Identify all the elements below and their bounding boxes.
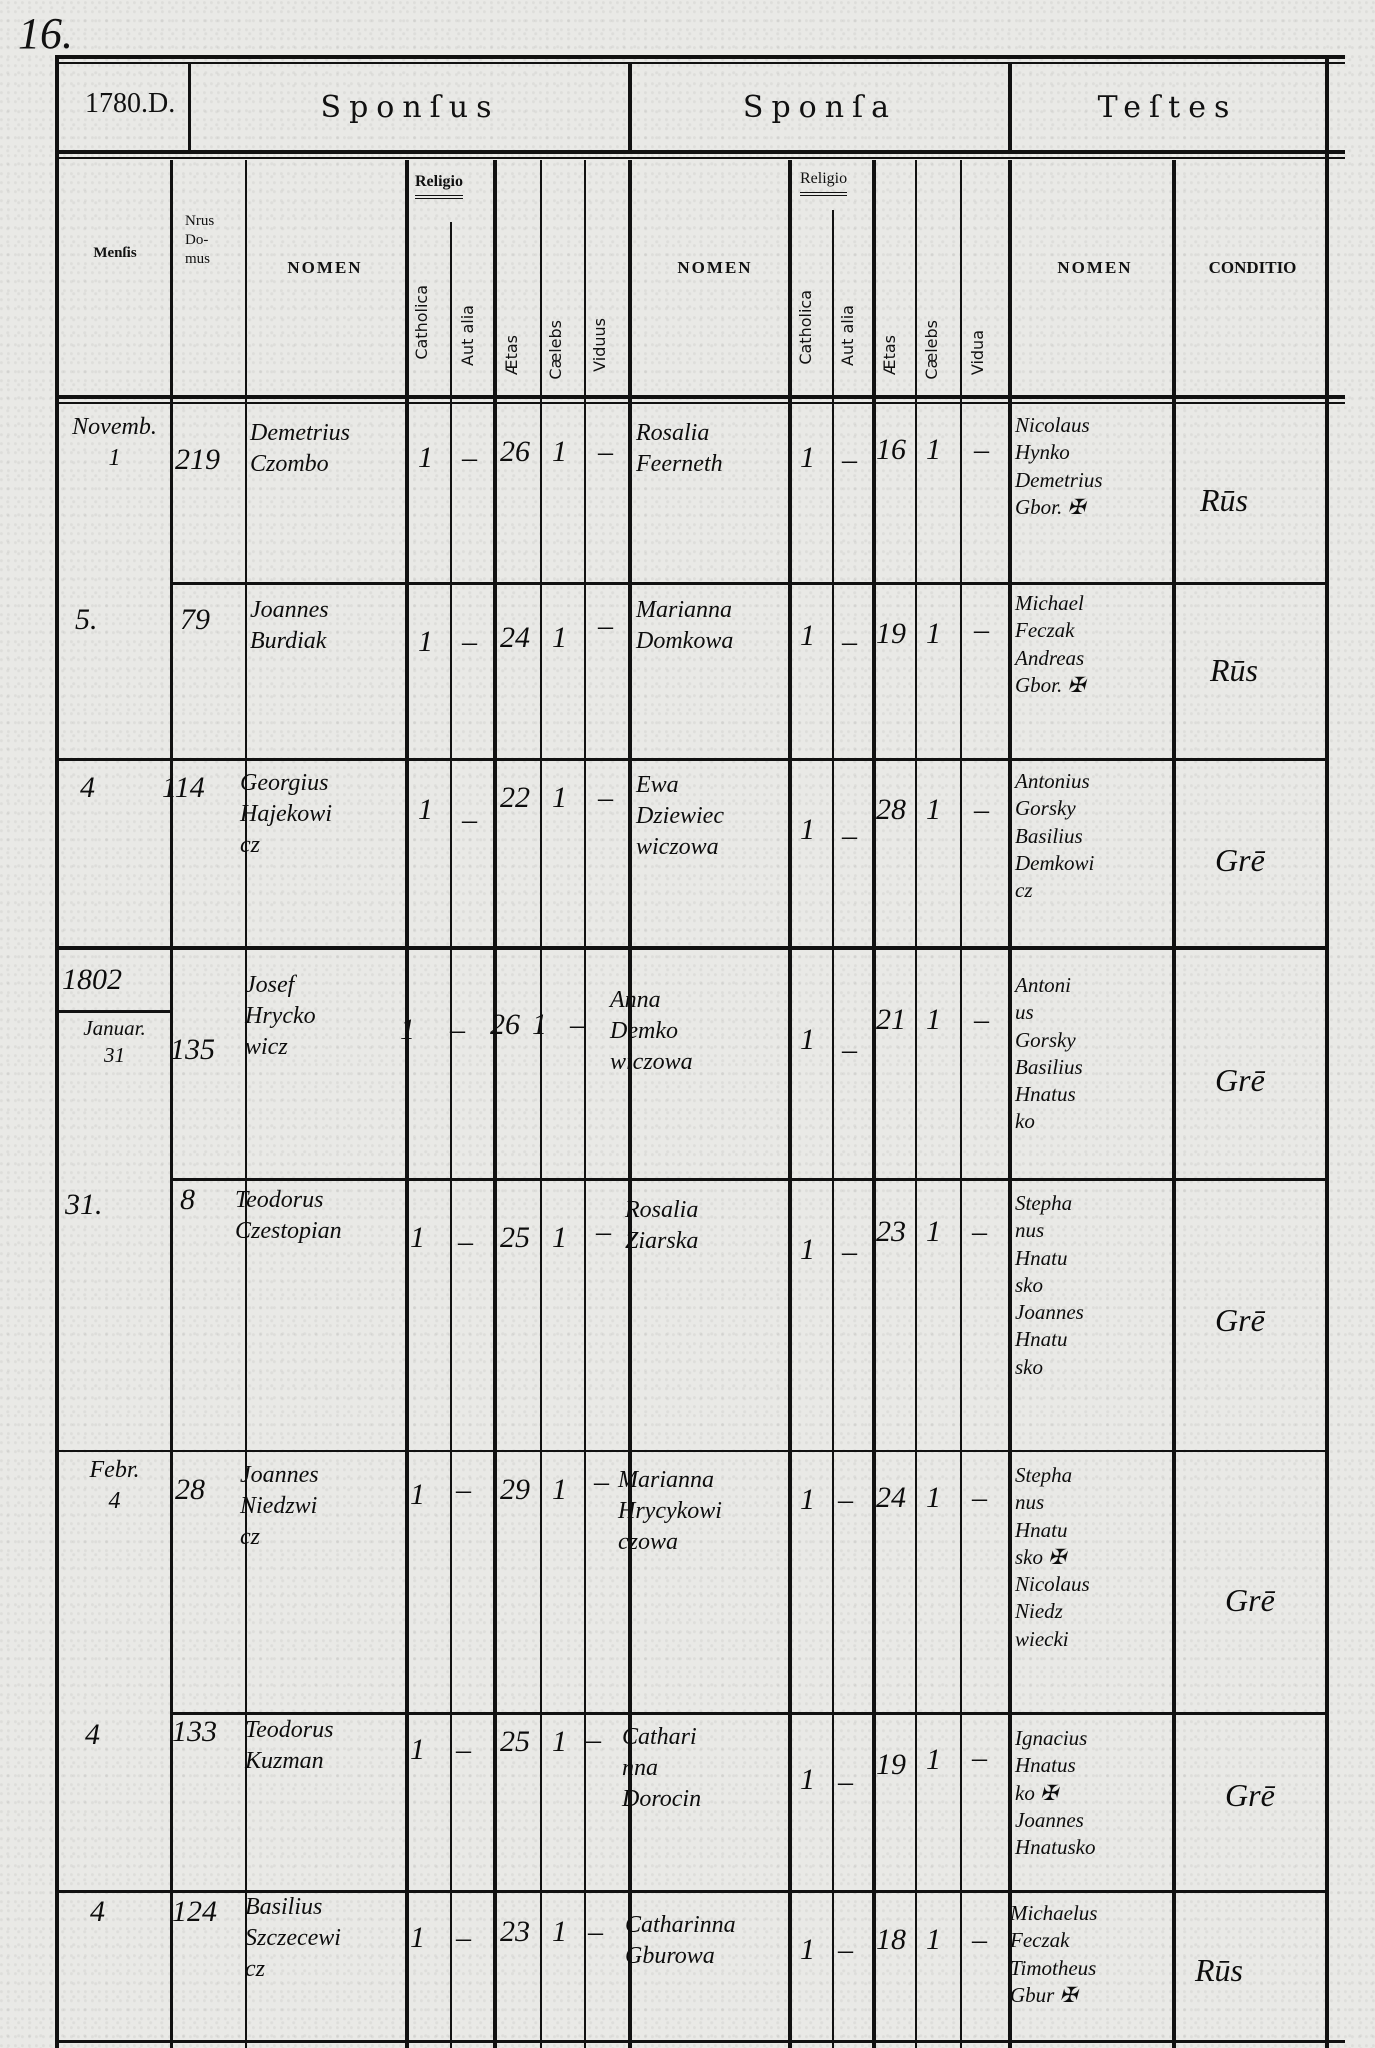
cell-conditio: Rūs: [1200, 480, 1248, 522]
cell-s-viduus: –: [586, 1720, 601, 1759]
cell-conditio: Grē: [1215, 840, 1265, 882]
cell-s-caelebs: 1: [552, 432, 567, 471]
cell-testes: Antoni us Gorsky Basilius Hnatus ko: [1015, 972, 1083, 1136]
cell-a-caelebs: 1: [926, 430, 941, 469]
col-testes-nomen: NOMEN: [1020, 258, 1170, 278]
cell-s-aut-alia: –: [462, 438, 477, 477]
cell-conditio: Grē: [1225, 1580, 1275, 1622]
cell-a-catholica: 1: [800, 438, 815, 477]
cell-a-caelebs: 1: [926, 1740, 941, 1779]
col-rule: [915, 160, 917, 2048]
cell-testes: Ignacius Hnatus ko ✠ Joannes Hnatusko: [1015, 1725, 1096, 1861]
row-rule: [55, 2040, 1345, 2043]
cell-nrus: 219: [175, 440, 220, 479]
left-border: [55, 58, 59, 2048]
year-marker: 1802: [62, 960, 122, 999]
cell-a-caelebs: 1: [926, 1920, 941, 1959]
page-number: 16.: [18, 8, 73, 59]
col-rule: [1172, 160, 1176, 2048]
row-rule: [55, 758, 1325, 761]
cell-a-caelebs: 1: [926, 1212, 941, 1251]
group-sponsus: Sponſus: [190, 62, 630, 152]
cell-a-catholica: 1: [800, 1760, 815, 1799]
cell-sponsus: Georgius Hajekowi cz: [240, 768, 332, 862]
cell-a-aetas: 19: [876, 1745, 906, 1784]
cell-s-aut-alia: –: [462, 800, 477, 839]
cell-mensis: 4: [80, 768, 95, 807]
cell-a-aut-alia: –: [842, 1232, 857, 1271]
col-sponsa-catholica: Catholica: [796, 290, 815, 365]
column-header-rule: [55, 395, 1345, 399]
col-sponsus-caelebs: Cælebs: [546, 320, 565, 380]
cell-sponsa: Marianna Domkowa: [636, 595, 733, 657]
cell-s-viduus: –: [594, 1462, 609, 1501]
cell-testes: Stepha nus Hnatu sko ✠ Nicolaus Niedz wi…: [1015, 1462, 1090, 1653]
cell-sponsus: Teodorus Kuzman: [245, 1715, 333, 1777]
cell-a-caelebs: 1: [926, 614, 941, 653]
col-sponsus-nomen: NOMEN: [250, 258, 400, 278]
cell-sponsa: Marianna Hrycykowi czowa: [618, 1465, 722, 1559]
right-border: [1325, 58, 1329, 2048]
cell-sponsus: Basilius Szczecewi cz: [245, 1892, 341, 1986]
cell-s-catholica: 1: [418, 438, 433, 477]
cell-s-aut-alia: –: [450, 1010, 465, 1049]
col-sponsa-aut-alia: Aut alia: [838, 305, 857, 366]
col-rule: [960, 160, 962, 2048]
cell-a-caelebs: 1: [926, 790, 941, 829]
cell-s-aetas: 25: [500, 1722, 530, 1761]
cell-sponsus: Joannes Niedzwi cz: [240, 1460, 319, 1554]
cell-s-caelebs: 1: [552, 1470, 567, 1509]
cell-testes: Stepha nus Hnatu sko Joannes Hnatu sko: [1015, 1190, 1084, 1381]
cell-mensis: 31.: [65, 1185, 103, 1224]
col-sponsus-aetas: Ætas: [502, 335, 521, 375]
cell-nrus: 114: [162, 768, 205, 807]
cell-conditio: Grē: [1215, 1300, 1265, 1342]
col-rule: [493, 160, 497, 2048]
cell-s-catholica: 1: [410, 1218, 425, 1257]
cell-s-catholica: 1: [410, 1475, 425, 1514]
cell-sponsa: Rosalia Feerneth: [636, 418, 723, 480]
cell-s-aetas: 22: [500, 778, 530, 817]
cell-mensis: 4: [85, 1715, 100, 1754]
cell-s-caelebs: 1: [552, 618, 567, 657]
cell-a-catholica: 1: [800, 616, 815, 655]
cell-a-catholica: 1: [800, 1230, 815, 1269]
cell-a-aetas: 23: [876, 1212, 906, 1251]
cell-nrus: 79: [180, 600, 210, 639]
cell-s-catholica: 1: [410, 1918, 425, 1957]
cell-a-aut-alia: –: [842, 816, 857, 855]
cell-a-aut-alia: –: [842, 622, 857, 661]
cell-s-catholica: 1: [400, 1010, 415, 1049]
cell-nrus: 135: [170, 1030, 215, 1069]
col-sponsa-nomen: NOMEN: [640, 258, 790, 278]
cell-a-aetas: 18: [876, 1920, 906, 1959]
cell-testes: Michaelus Feczak Timotheus Gbur ✠: [1010, 1900, 1097, 2009]
cell-a-aut-alia: –: [838, 1762, 853, 1801]
cell-nrus: 8: [180, 1180, 195, 1219]
cell-s-viduus: –: [598, 432, 613, 471]
cell-testes: Michael Feczak Andreas Gbor. ✠: [1015, 590, 1085, 699]
header-rule-inner: [55, 157, 1345, 159]
group-sponsa: Sponſa: [630, 62, 1010, 152]
row-rule: [55, 1010, 170, 1013]
cell-conditio: Rūs: [1195, 1950, 1243, 1992]
col-rule: [1008, 160, 1012, 2048]
col-sponsa-aetas: Ætas: [880, 335, 899, 375]
cell-nrus: 124: [172, 1892, 217, 1931]
cell-mensis: Novemb. 1: [62, 412, 167, 474]
cell-a-vidua: –: [972, 1738, 987, 1777]
cell-a-caelebs: 1: [926, 1000, 941, 1039]
row-rule: [170, 1712, 1325, 1715]
col-rule: [540, 160, 542, 2048]
col-conditio: CONDITIO: [1180, 258, 1325, 278]
cell-s-caelebs: 1: [552, 1912, 567, 1951]
cell-sponsa: Catharinna Gburowa: [625, 1910, 736, 1972]
cell-s-aetas: 24: [500, 618, 530, 657]
col-sponsa-caelebs: Cælebs: [922, 320, 941, 380]
divider: [188, 62, 191, 150]
cell-a-aut-alia: –: [838, 1930, 853, 1969]
cell-a-catholica: 1: [800, 1020, 815, 1059]
cell-a-aut-alia: –: [842, 1030, 857, 1069]
col-sponsa-vidua: Vidua: [968, 330, 987, 375]
col-rule: [405, 160, 409, 2048]
header-rule: [55, 150, 1345, 154]
cell-a-vidua: –: [974, 430, 989, 469]
divider: [1008, 62, 1012, 150]
row-rule: [170, 1178, 1325, 1181]
cell-sponsus: Joannes Burdiak: [250, 595, 329, 657]
year-label: 1780.D.: [85, 88, 175, 120]
cell-s-caelebs: 1: [532, 1005, 547, 1044]
cell-nrus: 133: [172, 1712, 217, 1751]
cell-s-catholica: 1: [410, 1730, 425, 1769]
cell-mensis: Januar. 31: [62, 1015, 167, 1070]
cell-s-caelebs: 1: [552, 778, 567, 817]
cell-a-aetas: 19: [876, 614, 906, 653]
cell-testes: Nicolaus Hynko Demetrius Gbor. ✠: [1015, 412, 1103, 521]
cell-sponsa: Cathari nna Dorocin: [622, 1722, 701, 1816]
cell-sponsa: Anna Demko wiczowa: [610, 985, 693, 1079]
cell-a-vidua: –: [974, 1000, 989, 1039]
cell-s-aut-alia: –: [458, 1222, 473, 1261]
cell-a-catholica: 1: [800, 1930, 815, 1969]
cell-conditio: Grē: [1225, 1775, 1275, 1817]
column-header-rule-inner: [55, 402, 1345, 404]
cell-a-vidua: –: [972, 1212, 987, 1251]
cell-sponsus: Josef Hrycko wicz: [245, 970, 316, 1064]
col-rule: [788, 160, 792, 2048]
cell-mensis: 5.: [75, 600, 98, 639]
col-sponsus-catholica: Catholica: [412, 285, 431, 360]
cell-s-aetas: 25: [500, 1218, 530, 1257]
cell-sponsus: Teodorus Czestopian: [235, 1185, 342, 1247]
col-sponsa-religio: Religio: [800, 170, 847, 196]
cell-a-aut-alia: –: [838, 1480, 853, 1519]
col-sponsus-viduus: Viduus: [590, 318, 609, 372]
cell-s-aut-alia: –: [456, 1470, 471, 1509]
cell-s-catholica: 1: [418, 790, 433, 829]
cell-s-caelebs: 1: [552, 1218, 567, 1257]
col-mensis: Menſis: [60, 245, 170, 262]
cell-a-vidua: –: [972, 1920, 987, 1959]
cell-mensis: 4: [90, 1892, 105, 1931]
cell-a-aetas: 21: [876, 1000, 906, 1039]
cell-s-viduus: –: [598, 606, 613, 645]
row-rule: [55, 1450, 1325, 1452]
cell-a-caelebs: 1: [926, 1478, 941, 1517]
cell-s-viduus: –: [570, 1005, 585, 1044]
register-page: 16. 1780.D. Sponſus Sponſa Teſtes Menſis…: [0, 0, 1375, 2048]
row-rule: [170, 582, 1325, 585]
col-nrus-domus: Nrus Do- mus: [185, 212, 240, 268]
cell-sponsa: Rosalia Ziarska: [625, 1195, 698, 1257]
cell-a-aetas: 24: [876, 1478, 906, 1517]
cell-s-aut-alia: –: [462, 622, 477, 661]
cell-a-vidua: –: [972, 1478, 987, 1517]
cell-s-viduus: –: [588, 1912, 603, 1951]
cell-s-aut-alia: –: [456, 1918, 471, 1957]
cell-conditio: Rūs: [1210, 650, 1258, 692]
cell-conditio: Grē: [1215, 1060, 1265, 1102]
cell-a-aut-alia: –: [842, 440, 857, 479]
col-rule: [450, 222, 452, 2048]
cell-testes: Antonius Gorsky Basilius Demkowi cz: [1015, 768, 1094, 904]
cell-a-vidua: –: [974, 790, 989, 829]
cell-sponsa: Ewa Dziewiec wiczowa: [636, 770, 724, 864]
col-rule: [170, 160, 173, 2048]
top-border: [55, 55, 1345, 59]
cell-sponsus: Demetrius Czombo: [250, 418, 350, 480]
group-testes: Teſtes: [1010, 62, 1325, 152]
cell-a-aetas: 16: [876, 430, 906, 469]
cell-a-catholica: 1: [800, 1480, 815, 1519]
cell-a-aetas: 28: [876, 790, 906, 829]
cell-s-aetas: 26: [500, 432, 530, 471]
cell-a-catholica: 1: [800, 810, 815, 849]
cell-s-aetas: 26: [490, 1005, 520, 1044]
divider: [628, 62, 632, 150]
row-rule: [55, 946, 1325, 950]
cell-nrus: 28: [175, 1470, 205, 1509]
col-rule: [584, 160, 586, 2048]
col-sponsus-religio: Religio: [415, 173, 463, 199]
cell-s-aut-alia: –: [456, 1730, 471, 1769]
cell-mensis: Febr. 4: [62, 1455, 167, 1517]
cell-s-caelebs: 1: [552, 1722, 567, 1761]
cell-s-catholica: 1: [418, 622, 433, 661]
cell-a-vidua: –: [974, 610, 989, 649]
col-rule: [832, 210, 834, 2048]
cell-s-aetas: 23: [500, 1912, 530, 1951]
col-sponsus-aut-alia: Aut alia: [458, 305, 477, 366]
cell-s-viduus: –: [596, 1212, 611, 1251]
cell-s-aetas: 29: [500, 1470, 530, 1509]
cell-s-viduus: –: [598, 778, 613, 817]
